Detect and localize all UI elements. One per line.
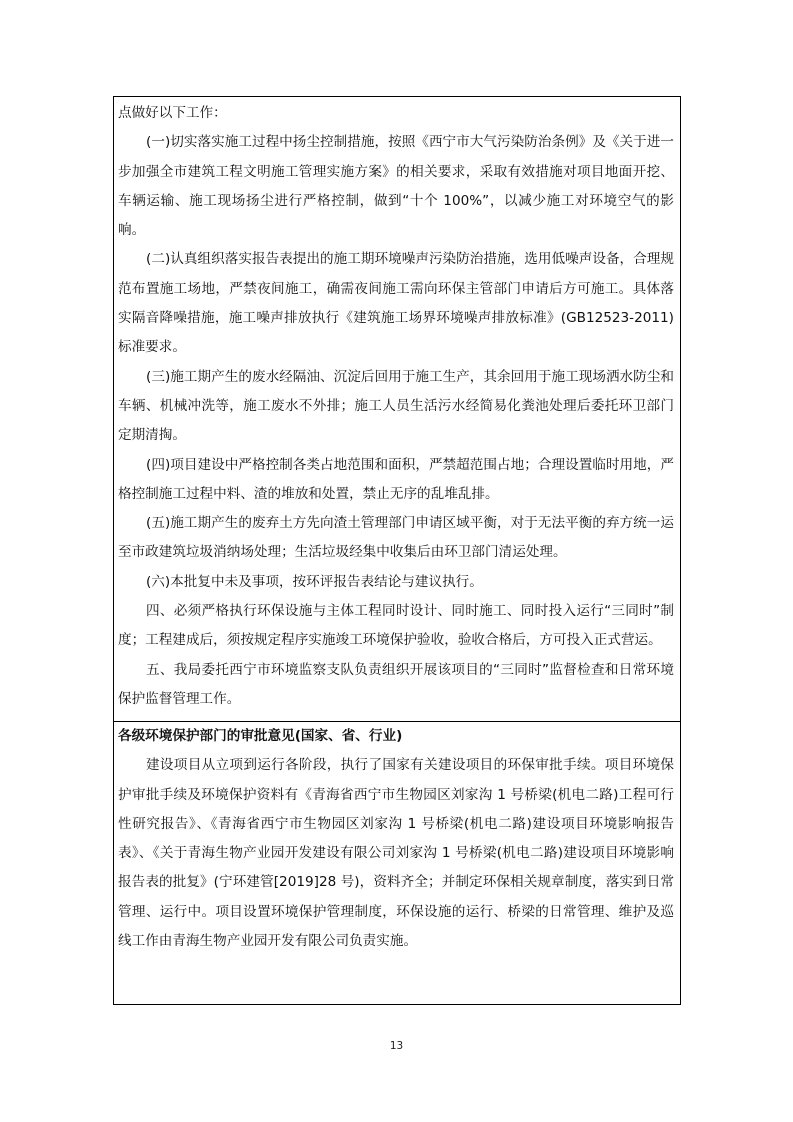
approval-opinions-cell: 各级环境保护部门的审批意见(国家、省、行业) 建设项目从立项到运行各阶段，执行了… bbox=[114, 722, 680, 1004]
section-heading: 各级环境保护部门的审批意见(国家、省、行业) bbox=[118, 722, 674, 751]
item-other-matters: (六)本批复中未及事项，按环评报告表结论与建议执行。 bbox=[118, 568, 674, 597]
requirements-cell: 点做好以下工作： (一)切实落实施工过程中扬尘控制措施，按照《西宁市大气污染防治… bbox=[114, 97, 680, 722]
item-noise-control: (二)认真组织落实报告表提出的施工期环境噪声污染防治措施，选用低噪声设备，合理规… bbox=[118, 245, 674, 362]
approval-table: 点做好以下工作： (一)切实落实施工过程中扬尘控制措施，按照《西宁市大气污染防治… bbox=[113, 96, 681, 1005]
item-supervision: 五、我局委托西宁市环境监察支队负责组织开展该项目的“三同时”监督检查和日常环境保… bbox=[118, 656, 674, 715]
item-dust-control: (一)切实落实施工过程中扬尘控制措施，按照《西宁市大气污染防治条例》及《关于进一… bbox=[118, 128, 674, 245]
approval-body-text: 建设项目从立项到运行各阶段，执行了国家有关建设项目的环保审批手续。项目环境保护审… bbox=[118, 751, 674, 956]
lead-text: 点做好以下工作： bbox=[118, 99, 674, 128]
item-waste-soil: (五)施工期产生的废弃土方先向渣土管理部门申请区域平衡，对于无法平衡的弃方统一运… bbox=[118, 509, 674, 568]
item-wastewater: (三)施工期产生的废水经隔油、沉淀后回用于施工生产，其余回用于施工现场洒水防尘和… bbox=[118, 363, 674, 451]
page-number: 13 bbox=[0, 1040, 793, 1052]
item-land-use: (四)项目建设中严格控制各类占地范围和面积，严禁超范围占地；合理设置临时用地，严… bbox=[118, 451, 674, 510]
item-three-simultaneous: 四、必须严格执行环保设施与主体工程同时设计、同时施工、同时投入运行“三同时”制度… bbox=[118, 597, 674, 656]
